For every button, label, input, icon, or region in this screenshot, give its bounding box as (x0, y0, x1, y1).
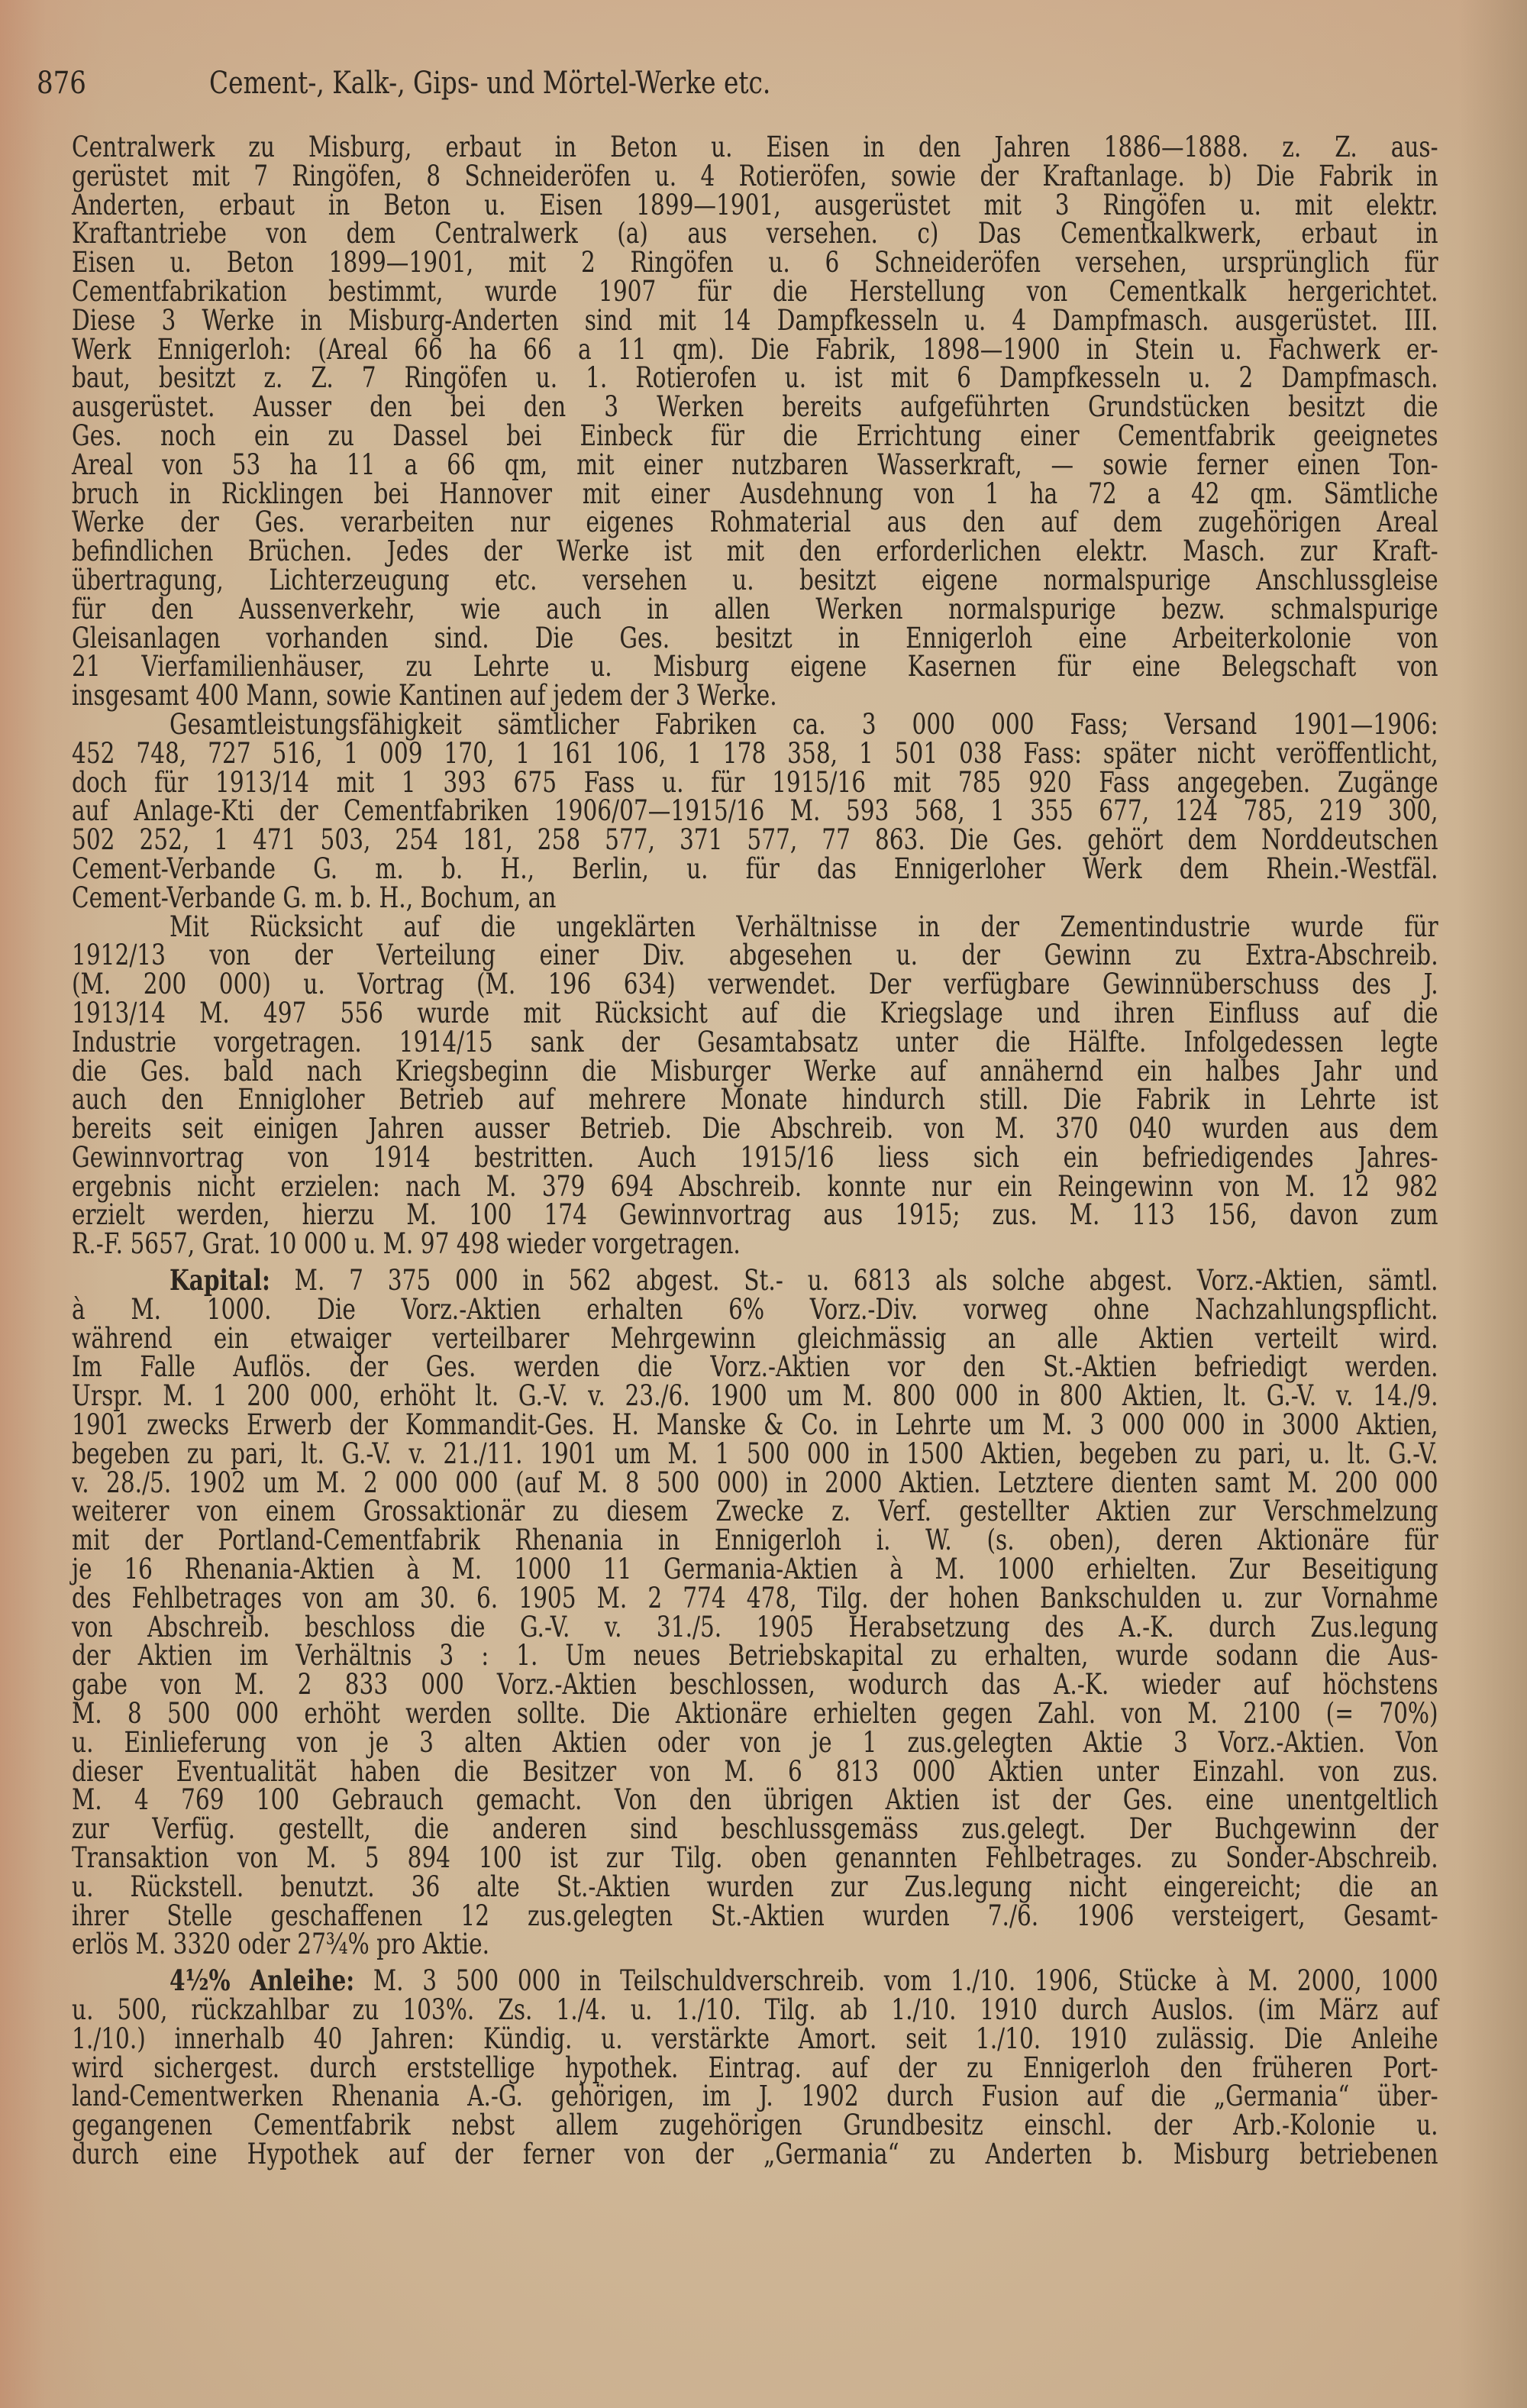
text-line: der Aktien im Verhältnis 3 : 1. Um neues… (72, 1641, 1438, 1670)
text-line: Im Falle Auflös. der Ges. werden die Vor… (72, 1353, 1438, 1382)
text-fragment: M. 3 500 000 in Teilschuldverschreib. vo… (354, 1964, 1438, 1997)
text-line: Gewinnvortrag von 1914 bestritten. Auch … (72, 1143, 1438, 1172)
text-line: Eisen u. Beton 1899—1901, mit 2 Ringöfen… (72, 248, 1438, 277)
text-line: Ges. noch ein zu Dassel bei Einbeck für … (72, 422, 1438, 451)
text-line: Industrie vorgetragen. 1914/15 sank der … (72, 1028, 1438, 1057)
text-line: zur Verfüg. gestellt, die anderen sind b… (72, 1815, 1438, 1844)
text-line: baut, besitzt z. Z. 7 Ringöfen u. 1. Rot… (72, 364, 1438, 393)
text-fragment: M. 7 375 000 in 562 abgest. St.- u. 6813… (270, 1264, 1438, 1297)
section-label-kapital: Kapital: (169, 1263, 270, 1297)
text-line: Cement-Verbande G. m. b. H., Berlin, u. … (72, 855, 1438, 884)
text-line: auf Anlage-Kti der Cementfabriken 1906/0… (72, 797, 1438, 826)
text-line: bereits seit einigen Jahren ausser Betri… (72, 1114, 1438, 1143)
text-line: Mit Rücksicht auf die ungeklärten Verhäl… (72, 913, 1438, 942)
text-line: Gesamtleistungsfähigkeit sämtlicher Fabr… (72, 710, 1438, 739)
text-line: wird sichergest. durch erststellige hypo… (72, 2054, 1438, 2083)
document-page: 876 Cement-, Kalk-, Gips- und Mörtel-Wer… (0, 0, 1527, 2408)
paragraph-rueckblick: Mit Rücksicht auf die ungeklärten Verhäl… (72, 913, 1438, 1259)
text-line: (M. 200 000) u. Vortrag (M. 196 634) ver… (72, 970, 1438, 999)
text-line: während ein etwaiger verteilbarer Mehrge… (72, 1324, 1438, 1353)
text-line: u. Rückstell. benutzt. 36 alte St.-Aktie… (72, 1873, 1438, 1902)
text-line: des Fehlbetrages von am 30. 6. 1905 M. 2… (72, 1584, 1438, 1613)
text-line: weiterer von einem Grossaktionär zu dies… (72, 1497, 1438, 1526)
text-line: à M. 1000. Die Vorz.-Aktien erhalten 6% … (72, 1295, 1438, 1324)
text-line: gegangenen Cementfabrik nebst allem zuge… (72, 2111, 1438, 2140)
paragraph-werke: Centralwerk zu Misburg, erbaut in Beton … (72, 133, 1438, 710)
section-label-anleihe: 4½% Anleihe: (169, 1964, 354, 1997)
text-line: 1901 zwecks Erwerb der Kommandit-Ges. H.… (72, 1411, 1438, 1440)
text-line: 4½% Anleihe: M. 3 500 000 in Teilschuldv… (72, 1967, 1438, 1996)
text-line: 1912/13 von der Verteilung einer Div. ab… (72, 941, 1438, 970)
page-number: 876 (37, 66, 86, 101)
text-line: erzielt werden, hierzu M. 100 174 Gewinn… (72, 1201, 1438, 1230)
text-line: durch eine Hypothek auf der ferner von d… (72, 2140, 1438, 2169)
body-text: Centralwerk zu Misburg, erbaut in Beton … (72, 133, 1438, 2169)
text-line: Gleisanlagen vorhanden sind. Die Ges. be… (72, 624, 1438, 653)
text-line: 502 252, 1 471 503, 254 181, 258 577, 37… (72, 826, 1438, 855)
text-line: die Ges. bald nach Kriegsbeginn die Misb… (72, 1057, 1438, 1086)
text-line: mit der Portland-Cementfabrik Rhenania i… (72, 1526, 1438, 1555)
text-line: M. 4 769 100 Gebrauch gemacht. Von den ü… (72, 1786, 1438, 1815)
text-line: ihrer Stelle geschaffenen 12 zus.gelegte… (72, 1902, 1438, 1931)
text-line: u. Einlieferung von je 3 alten Aktien od… (72, 1728, 1438, 1757)
text-line: von Abschreib. beschloss die G.-V. v. 31… (72, 1613, 1438, 1642)
text-line: doch für 1913/14 mit 1 393 675 Fass u. f… (72, 768, 1438, 797)
text-line: 452 748, 727 516, 1 009 170, 1 161 106, … (72, 739, 1438, 768)
text-line: für den Aussenverkehr, wie auch in allen… (72, 595, 1438, 624)
text-line: R.-F. 5657, Grat. 10 000 u. M. 97 498 wi… (72, 1230, 1438, 1259)
running-title: Cement-, Kalk-, Gips- und Mörtel-Werke e… (209, 66, 770, 101)
text-line: 21 Vierfamilienhäuser, zu Lehrte u. Misb… (72, 652, 1438, 681)
text-line: 1913/14 M. 497 556 wurde mit Rücksicht a… (72, 999, 1438, 1028)
text-line: land-Cementwerken Rhenania A.-G. gehörig… (72, 2082, 1438, 2111)
text-line: Kapital: M. 7 375 000 in 562 abgest. St.… (72, 1266, 1438, 1295)
text-line: je 16 Rhenania-Aktien à M. 1000 11 Germa… (72, 1555, 1438, 1584)
text-line: Transaktion von M. 5 894 100 ist zur Til… (72, 1844, 1438, 1873)
text-line: begeben zu pari, lt. G.-V. v. 21./11. 19… (72, 1440, 1438, 1469)
text-line: M. 8 500 000 erhöht werden sollte. Die A… (72, 1699, 1438, 1728)
text-line: Cementfabrikation bestimmt, wurde 1907 f… (72, 277, 1438, 306)
text-line: Anderten, erbaut in Beton u. Eisen 1899—… (72, 191, 1438, 220)
text-line: Werk Ennigerloh: (Areal 66 ha 66 a 11 qm… (72, 335, 1438, 364)
paragraph-gesamtleistung: Gesamtleistungsfähigkeit sämtlicher Fabr… (72, 710, 1438, 913)
text-line: bruch in Ricklingen bei Hannover mit ein… (72, 480, 1438, 509)
text-line: gerüstet mit 7 Ringöfen, 8 Schneideröfen… (72, 162, 1438, 191)
text-line: auch den Enniglоher Betrieb auf mehrere … (72, 1085, 1438, 1114)
paragraph-kapital: Kapital: M. 7 375 000 in 562 abgest. St.… (72, 1266, 1438, 1959)
text-line: Urspr. M. 1 200 000, erhöht lt. G.-V. v.… (72, 1382, 1438, 1411)
running-head: 876 Cement-, Kalk-, Gips- und Mörtel-Wer… (37, 66, 1426, 112)
text-line: Centralwerk zu Misburg, erbaut in Beton … (72, 133, 1438, 162)
text-line: 1./10.) innerhalb 40 Jahren: Kündig. u. … (72, 2025, 1438, 2054)
text-line: gabe von M. 2 833 000 Vorz.-Aktien besch… (72, 1670, 1438, 1699)
text-line: dieser Eventualität haben die Besitzer v… (72, 1757, 1438, 1786)
text-line: übertragung, Lichterzeugung etc. versehe… (72, 566, 1438, 595)
text-line: ausgerüstet. Ausser den bei den 3 Werken… (72, 393, 1438, 422)
text-line: befindlichen Brüchen. Jedes der Werke is… (72, 537, 1438, 566)
text-line: Areal von 53 ha 11 a 66 qm, mit einer nu… (72, 451, 1438, 480)
paragraph-anleihe: 4½% Anleihe: M. 3 500 000 in Teilschuldv… (72, 1967, 1438, 2169)
text-line: erlös M. 3320 oder 27¾% pro Aktie. (72, 1930, 1438, 1959)
text-line: Diese 3 Werke in Misburg-Anderten sind m… (72, 306, 1438, 335)
text-line: ergebnis nicht erzielen: nach M. 379 694… (72, 1172, 1438, 1201)
text-line: Cement-Verbande G. m. b. H., Bochum, an (72, 884, 1438, 913)
text-line: Kraftantriebe von dem Centralwerk (a) au… (72, 219, 1438, 248)
text-line: v. 28./5. 1902 um M. 2 000 000 (auf M. 8… (72, 1469, 1438, 1498)
text-line: u. 500, rückzahlbar zu 103%. Zs. 1./4. u… (72, 1996, 1438, 2025)
text-line: insgesamt 400 Mann, sowie Kantinen auf j… (72, 681, 1438, 710)
text-line: Werke der Ges. verarbeiten nur eigenes R… (72, 508, 1438, 537)
